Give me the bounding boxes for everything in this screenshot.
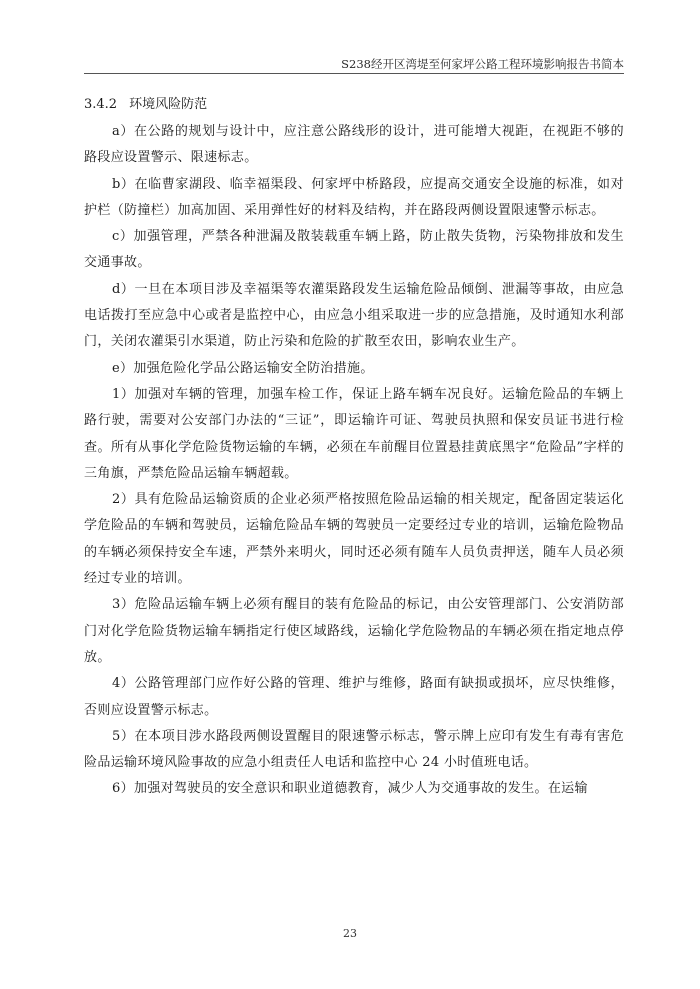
paragraph-b: b）在临曹家湖段、临幸福渠段、何家坪中桥路段，应提高交通安全设施的标准，如对护栏… <box>84 172 624 225</box>
paragraph-e-3: 3）危险品运输车辆上必须有醒目的装有危险品的标记，由公安管理部门、公安消防部门对… <box>84 592 624 671</box>
section-number: 3.4.2 <box>84 97 117 112</box>
page-number: 23 <box>0 927 700 940</box>
paragraph-d: d）一旦在本项目涉及幸福渠等农灌渠路段发生运输危险品倾倒、泄漏等事故，由应急电话… <box>84 277 624 356</box>
paragraph-e-4: 4）公路管理部门应作好公路的管理、维护与维修，路面有缺损或损坏，应尽快维修，否则… <box>84 671 624 724</box>
running-header-title: S238经开区湾堤至何家坪公路工程环境影响报告书简本 <box>341 57 624 71</box>
page-body: 3.4.2环境风险防范 a）在公路的规划与设计中，应注意公路线形的设计，进可能增… <box>84 92 624 803</box>
paragraph-e-5: 5）在本项目涉水路段两侧设置醒目的限速警示标志，警示牌上应印有发生有毒有害危险品… <box>84 724 624 777</box>
paragraph-c: c）加强管理，严禁各种泄漏及散装载重车辆上路，防止散失货物，污染物排放和发生交通… <box>84 224 624 277</box>
paragraph-e-2: 2）具有危险品运输资质的企业必须严格按照危险品运输的相关规定，配备固定装运化学危… <box>84 487 624 592</box>
section-title: 环境风险防范 <box>129 97 207 112</box>
header-rule <box>84 73 624 74</box>
paragraph-a: a）在公路的规划与设计中，应注意公路线形的设计，进可能增大视距，在视距不够的路段… <box>84 119 624 172</box>
paragraph-e-1: 1）加强对车辆的管理，加强车检工作，保证上路车辆车况良好。运输危险品的车辆上路行… <box>84 382 624 487</box>
paragraph-e-6: 6）加强对驾驶员的安全意识和职业道德教育，减少人为交通事故的发生。在运输 <box>84 776 624 802</box>
section-heading: 3.4.2环境风险防范 <box>84 92 624 118</box>
paragraph-e: e）加强危险化学品公路运输安全防治措施。 <box>84 356 624 382</box>
